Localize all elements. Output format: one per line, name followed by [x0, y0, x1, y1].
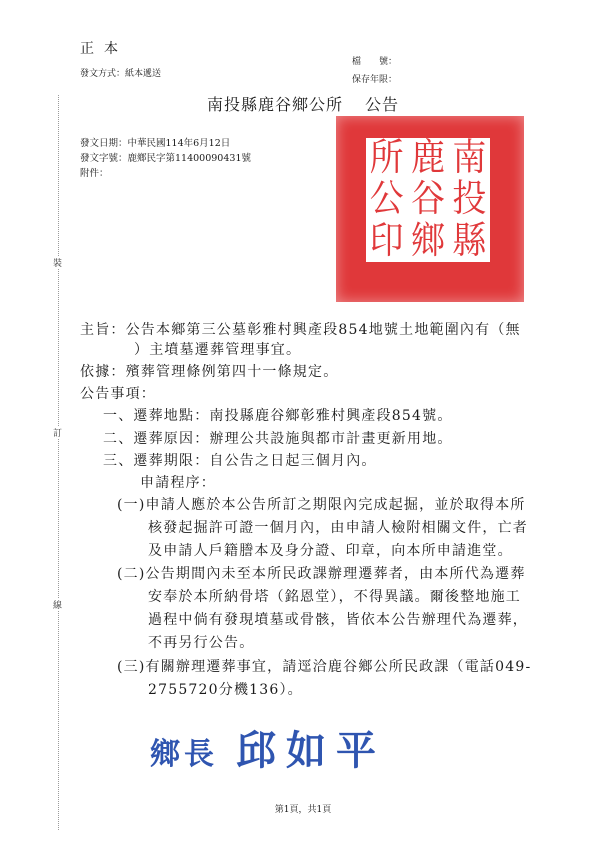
document-number: 發文字號：鹿鄉民字第11400090431號: [80, 150, 251, 164]
procedure-1-line: 核發起掘許可證一個月內，由申請人檢附相關文件，亡者: [148, 517, 528, 537]
notice-item-reason: 二、遷葬原因：辦理公共設施與都市計畫更新用地。: [103, 428, 453, 448]
procedure-2-line: 過程中倘有發現墳墓或骨骸，皆依本公告辦理代為遷葬，: [148, 609, 528, 629]
seal-char: 鹿: [407, 136, 448, 181]
send-method: 發文方式：紙本遞送: [80, 66, 161, 79]
document-type: 公告: [365, 95, 399, 114]
subject-line-2: ）主墳墓遷葬管理事宜。: [134, 339, 301, 359]
subject-line-1: 主旨：公告本鄉第三公墓彰雅村興產段854地號土地範圍內有（無: [80, 319, 521, 339]
document-title: 南投縣鹿谷鄉公所公告: [0, 92, 606, 115]
seal-char: 鄉: [407, 219, 448, 264]
issuing-office: 南投縣鹿谷鄉公所: [207, 95, 343, 114]
page-number: 第1頁，共1頁: [0, 802, 606, 815]
notice-heading: 公告事項：: [80, 383, 156, 403]
binding-mark-xian: 線: [53, 598, 62, 611]
notice-item-location: 一、遷葬地點：南投縣鹿谷鄉彰雅村興產段854號。: [103, 405, 453, 425]
issue-date: 發文日期：中華民國114年6月12日: [80, 135, 230, 149]
signatory-name: 邱如平: [236, 727, 386, 774]
seal-inscription: 所 鹿 南 公 谷 投 印 鄉 縣: [366, 138, 490, 262]
binding-mark-ding: 訂: [53, 426, 62, 439]
seal-char: 谷: [407, 177, 448, 222]
binding-mark-zhuang: 裝: [53, 256, 62, 269]
signatory-title: 鄉長: [150, 737, 218, 772]
procedure-heading: 申請程序：: [140, 472, 216, 492]
retention-period-label: 保存年限：: [352, 72, 397, 85]
seal-char: 投: [449, 177, 490, 222]
procedure-2-line: (二)公告期間內未至本所民政課辦理遷葬者，由本所代為遷葬: [117, 563, 526, 583]
procedure-1-line: (一)申請人應於本公告所訂之期限內完成起掘，並於取得本所: [117, 494, 526, 514]
binding-line: [58, 95, 59, 830]
seal-char: 縣: [449, 219, 490, 264]
legal-basis: 依據：殯葬管理條例第四十一條規定。: [80, 361, 338, 381]
seal-char: 南: [449, 136, 490, 181]
procedure-1-line: 及申請人戶籍謄本及身分證、印章，向本所申請進堂。: [148, 540, 513, 560]
procedure-3-line: 2755720分機136）。: [148, 679, 303, 699]
seal-char: 印: [366, 219, 407, 264]
signature-stamp: 鄉長邱如平: [150, 719, 386, 776]
file-number-label: 檔 號：: [352, 54, 397, 67]
procedure-2-line: 不再另行公告。: [148, 632, 254, 652]
attachment-label: 附件：: [80, 165, 109, 179]
procedure-2-line: 安奉於本所納骨塔（銘恩堂），不得異議。爾後整地施工: [148, 586, 521, 606]
copy-label: 正本: [80, 38, 128, 58]
seal-char: 公: [366, 177, 407, 222]
notice-item-deadline: 三、遷葬期限：自公告之日起三個月內。: [103, 450, 377, 470]
official-seal: 所 鹿 南 公 谷 投 印 鄉 縣: [336, 116, 524, 302]
procedure-3-line: (三)有關辦理遷葬事宜，請逕洽鹿谷鄉公所民政課（電話049-: [117, 656, 531, 676]
seal-char: 所: [366, 136, 407, 181]
